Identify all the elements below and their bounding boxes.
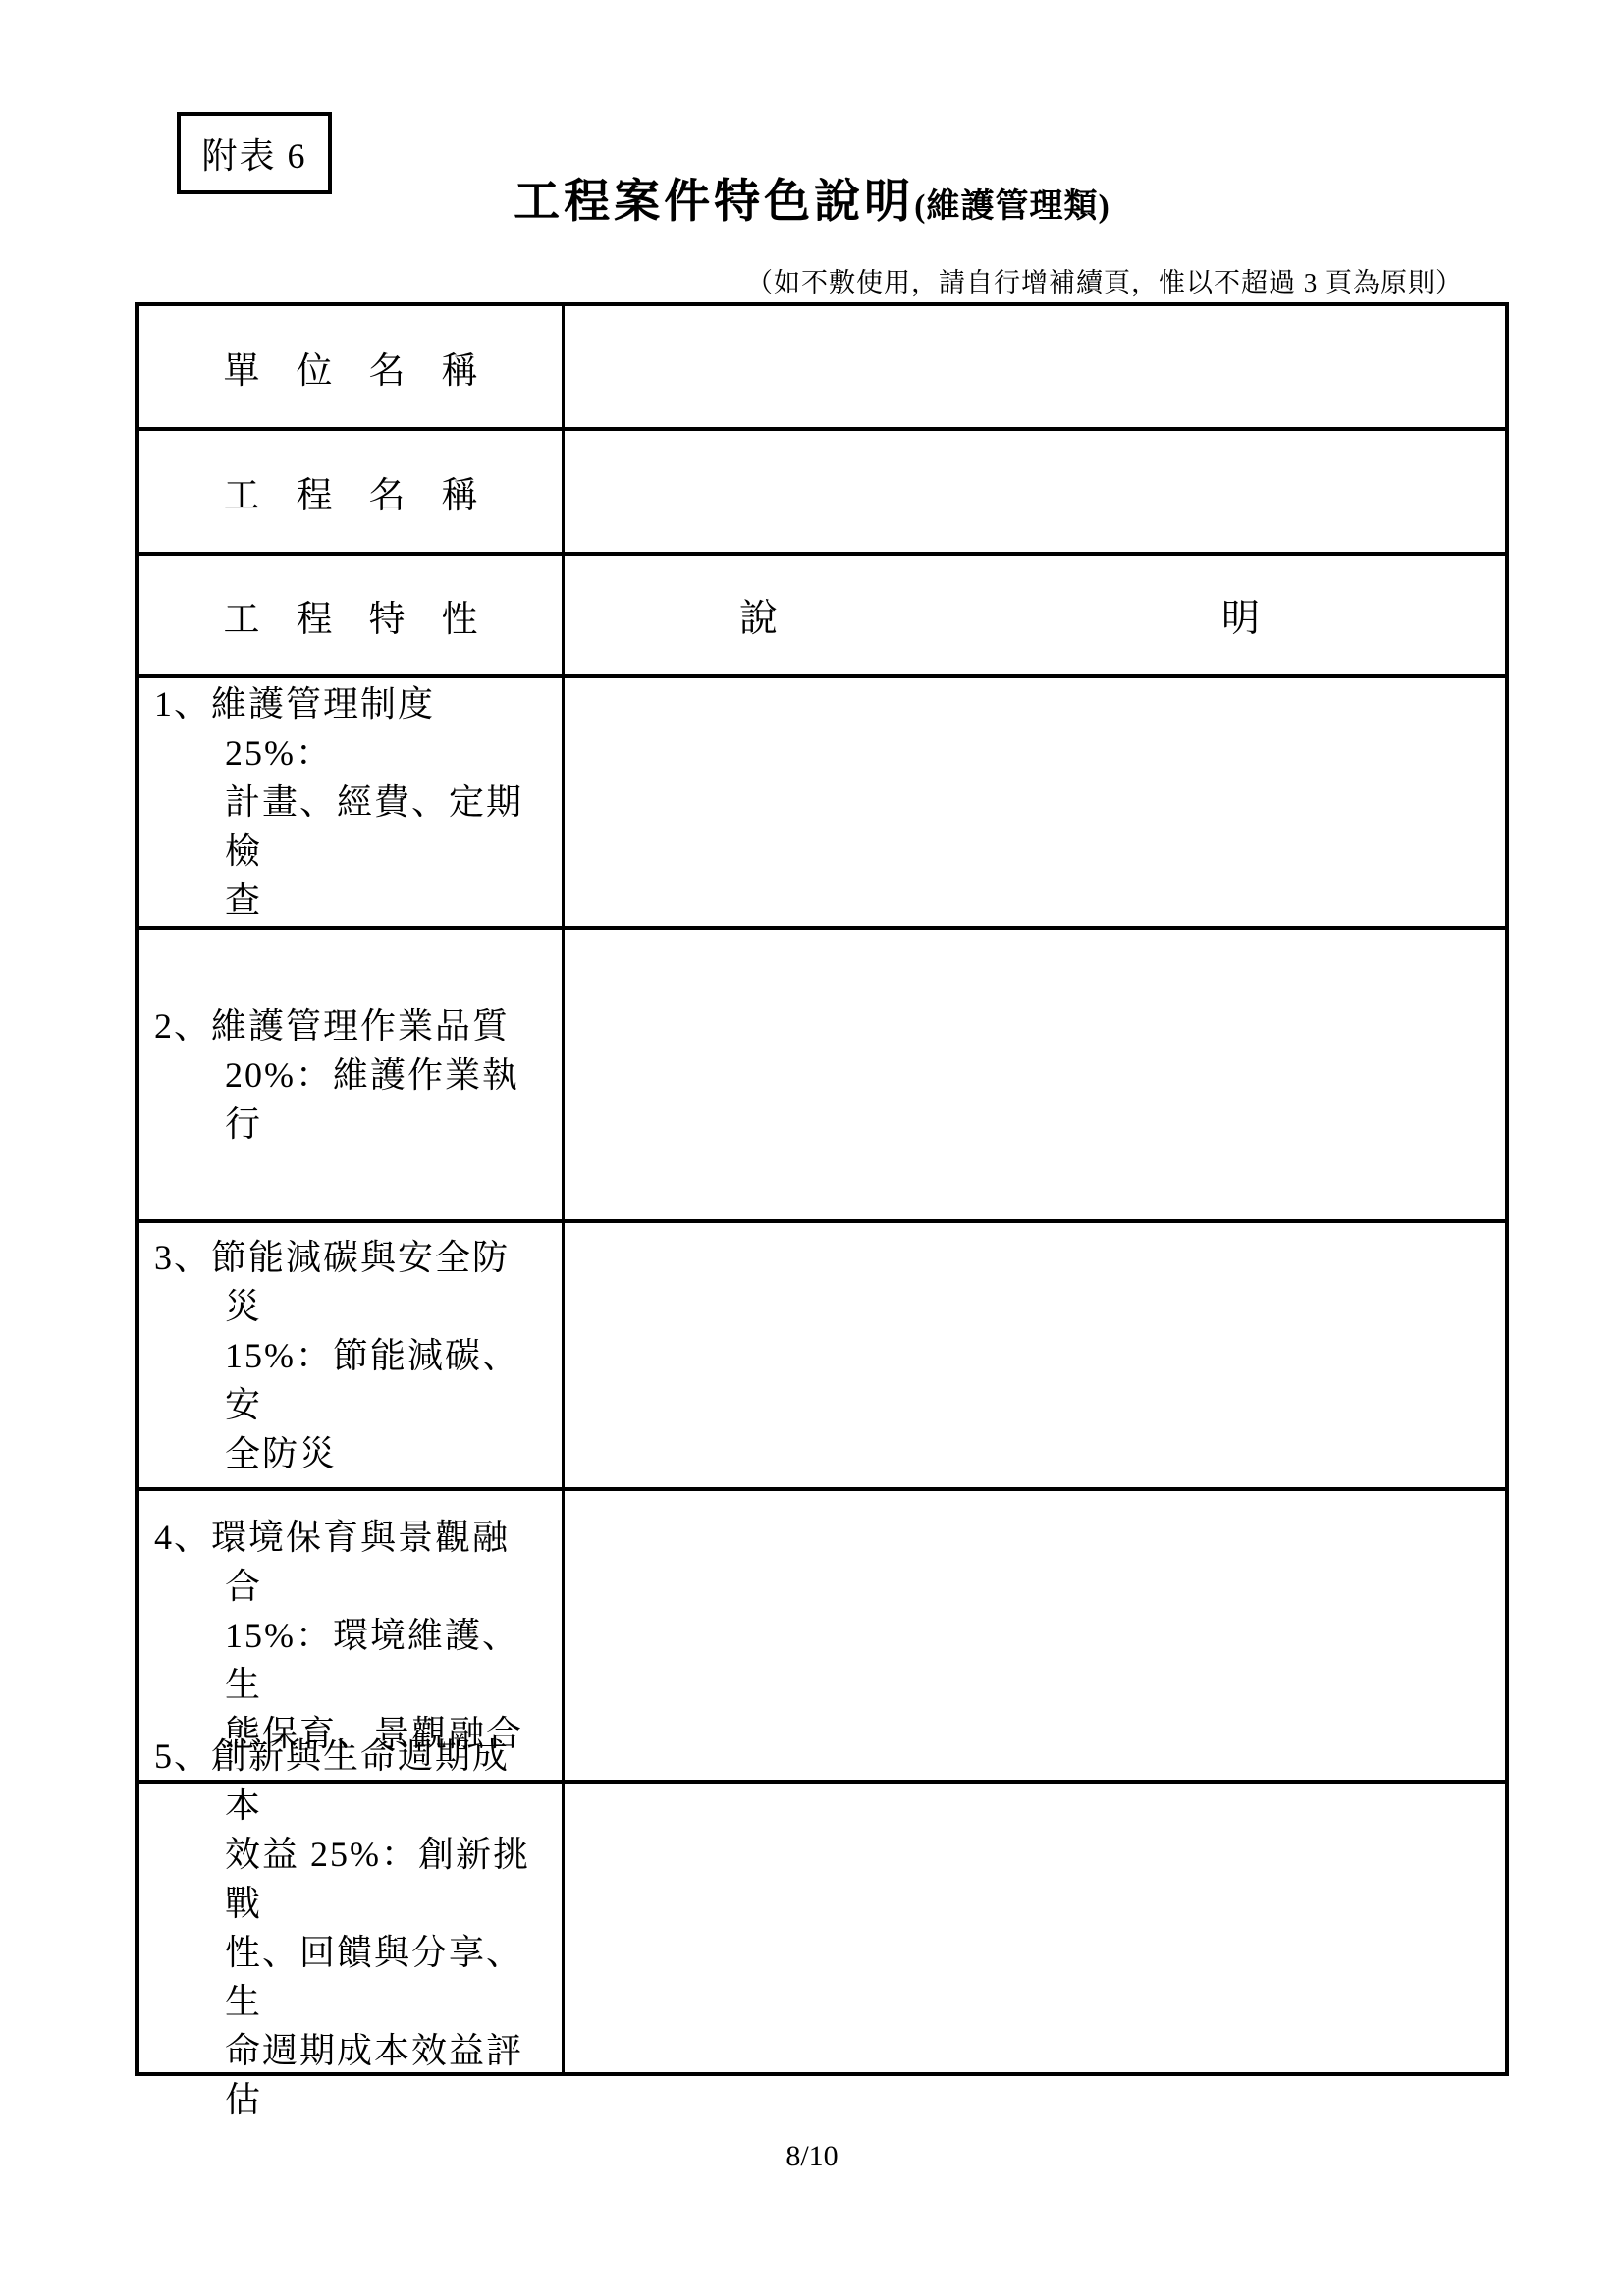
criterion-3-description-cell bbox=[562, 1223, 1505, 1487]
characteristic-header-label: 工 程 特 性 bbox=[224, 589, 478, 642]
criterion-3-text: 3、節能減碳與安全防災 15%：節能減碳、安 全防災 bbox=[154, 1233, 546, 1478]
characteristic-header-row: 工 程 特 性 說 明 bbox=[139, 552, 1505, 674]
page-title-main: 工程案件特色說明 bbox=[514, 177, 914, 228]
criterion-4-text: 4、環境保育與景觀融合 15%：環境維護、生 態保育、景觀融合 bbox=[154, 1513, 546, 1758]
criterion-3-label-cell: 3、節能減碳與安全防災 15%：節能減碳、安 全防災 bbox=[139, 1223, 562, 1487]
criterion-1-description-cell bbox=[562, 678, 1505, 926]
unit-name-value-cell bbox=[562, 306, 1505, 427]
criterion-1-label-cell: 1、維護管理制度 25%： 計畫、經費、定期檢 查 bbox=[139, 678, 562, 926]
characteristic-header-cell: 工 程 特 性 bbox=[139, 556, 562, 674]
description-header-char-right: 明 bbox=[1221, 588, 1260, 643]
criterion-2-text: 2、維護管理作業品質 20%：維護作業執行 bbox=[154, 1001, 546, 1148]
criterion-2-row: 2、維護管理作業品質 20%：維護作業執行 bbox=[139, 926, 1505, 1219]
project-name-row: 工 程 名 稱 bbox=[139, 427, 1505, 552]
page-title-category-suffix: (維護管理類) bbox=[914, 188, 1110, 225]
usage-note: （如不敷使用，請自行增補續頁，惟以不超過 3 頁為原則） bbox=[746, 261, 1463, 299]
criterion-3-row: 3、節能減碳與安全防災 15%：節能減碳、安 全防災 bbox=[139, 1219, 1505, 1487]
project-name-label-cell: 工 程 名 稱 bbox=[139, 431, 562, 552]
criterion-5-row: 5、創新與生命週期成本 效益 25%：創新挑戰 性、回饋與分享、生 命週期成本效… bbox=[139, 1780, 1505, 2072]
page-number: 8/10 bbox=[0, 2140, 1624, 2173]
criterion-4-description-cell bbox=[562, 1491, 1505, 1780]
criterion-5-description-cell bbox=[562, 1784, 1505, 2072]
description-header-cell: 說 明 bbox=[562, 556, 1505, 674]
form-table: 單 位 名 稱 工 程 名 稱 工 程 特 性 說 明 1、維護管理制度 25%… bbox=[135, 302, 1509, 2076]
criterion-2-description-cell bbox=[562, 930, 1505, 1219]
unit-name-label: 單 位 名 稱 bbox=[224, 341, 478, 394]
unit-name-row: 單 位 名 稱 bbox=[139, 306, 1505, 427]
criterion-5-label-cell: 5、創新與生命週期成本 效益 25%：創新挑戰 性、回饋與分享、生 命週期成本效… bbox=[139, 1784, 562, 2072]
description-header-char-left: 說 bbox=[739, 588, 778, 643]
project-name-label: 工 程 名 稱 bbox=[224, 465, 478, 518]
criterion-2-label-cell: 2、維護管理作業品質 20%：維護作業執行 bbox=[139, 930, 562, 1219]
page-title: 工程案件特色說明(維護管理類) bbox=[0, 165, 1624, 231]
criterion-5-text: 5、創新與生命週期成本 效益 25%：創新挑戰 性、回饋與分享、生 命週期成本效… bbox=[154, 1732, 546, 2124]
criterion-1-row: 1、維護管理制度 25%： 計畫、經費、定期檢 查 bbox=[139, 674, 1505, 926]
project-name-value-cell bbox=[562, 431, 1505, 552]
unit-name-label-cell: 單 位 名 稱 bbox=[139, 306, 562, 427]
criterion-1-text: 1、維護管理制度 25%： 計畫、經費、定期檢 查 bbox=[154, 679, 546, 925]
